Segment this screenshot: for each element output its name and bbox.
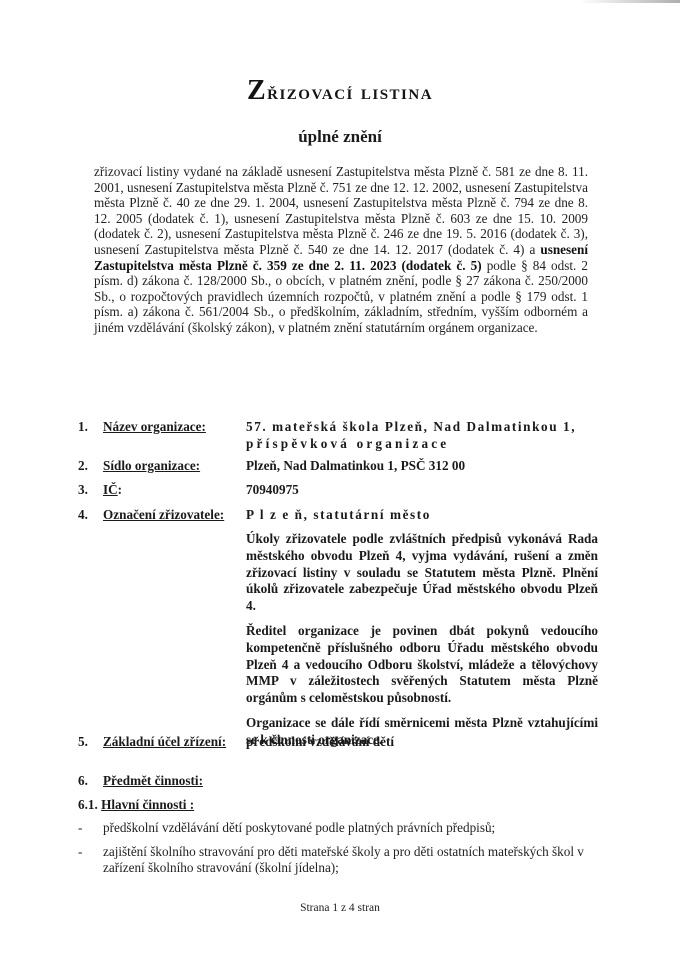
item-organization-name: 1. Název organizace: 57. mateřská škola … (78, 418, 598, 452)
item-label-suffix: : (118, 482, 122, 497)
title-rest: řizovací listina (267, 79, 433, 104)
item-value: P l z e ň, statutární město Úkoly zřizov… (246, 507, 598, 749)
preamble-part1: zřizovací listiny vydané na základě usne… (94, 164, 588, 257)
scan-artifact (580, 0, 680, 3)
item-label: Sídlo organizace: (103, 458, 246, 474)
main-activities-list: - předškolní vzdělávání dětí poskytované… (78, 820, 598, 884)
item-label: Název organizace: (103, 418, 246, 435)
list-item-text: předškolní vzdělávání dětí poskytované p… (103, 820, 598, 836)
item-basic-purpose: 5. Základní účel zřízení: předškolní vzd… (78, 734, 598, 750)
founder-name: P l z e ň, statutární město (246, 507, 598, 523)
section-main-activities: 6.1. Hlavní činnosti : (78, 797, 194, 813)
list-item: - zajištění školního stravování pro děti… (78, 844, 598, 876)
item-number: 5. (78, 734, 103, 750)
item-label: Základní účel zřízení: (103, 734, 246, 750)
item-label: Označení zřizovatele: (103, 507, 246, 523)
preamble-paragraph: zřizovací listiny vydané na základě usne… (94, 164, 588, 336)
item-number: 3. (78, 482, 103, 498)
item-value: 70940975 (246, 482, 598, 498)
section-number: 6.1. (78, 797, 98, 812)
list-item-text: zajištění školního stravování pro děti m… (103, 844, 598, 876)
item-number: 4. (78, 507, 103, 523)
item-organization-seat: 2. Sídlo organizace: Plzeň, Nad Dalmatin… (78, 458, 598, 474)
organization-name-line1: 57. mateřská škola Plzeň, Nad Dalmatinko… (246, 419, 576, 434)
item-ic: 3. IČ: 70940975 (78, 482, 598, 498)
item-label: IČ: (103, 482, 246, 498)
organization-name-line2: příspěvková organizace (246, 436, 449, 451)
item-number: 1. (78, 418, 103, 435)
title-initial: Z (247, 75, 267, 106)
section-label: Hlavní činnosti : (101, 797, 194, 812)
founder-paragraph: Úkoly zřizovatele podle zvláštních předp… (246, 531, 598, 615)
bullet-marker: - (78, 820, 103, 836)
list-item: - předškolní vzdělávání dětí poskytované… (78, 820, 598, 836)
founder-paragraph: Ředitel organizace je povinen dbát pokyn… (246, 623, 598, 707)
item-founder: 4. Označení zřizovatele: P l z e ň, stat… (78, 507, 598, 749)
item-value: Plzeň, Nad Dalmatinkou 1, PSČ 312 00 (246, 458, 598, 474)
document-title: Zřizovací listina (0, 75, 680, 107)
organization-details: 1. Název organizace: 57. mateřská škola … (78, 418, 598, 749)
item-value: předškolní vzdělávání dětí (246, 734, 598, 750)
section-number: 6. (78, 773, 103, 789)
document-subtitle: úplné znění (0, 127, 680, 147)
section-label: Předmět činnosti: (103, 773, 203, 788)
item-number: 2. (78, 458, 103, 474)
item-value: 57. mateřská škola Plzeň, Nad Dalmatinko… (246, 418, 598, 452)
bullet-marker: - (78, 844, 103, 876)
item-basic-purpose-row: 5. Základní účel zřízení: předškolní vzd… (78, 734, 598, 750)
page-footer: Strana 1 z 4 stran (0, 902, 680, 914)
section-subject-of-activity: 6.Předmět činnosti: (78, 773, 203, 789)
item-label-underlined: IČ (103, 482, 118, 497)
